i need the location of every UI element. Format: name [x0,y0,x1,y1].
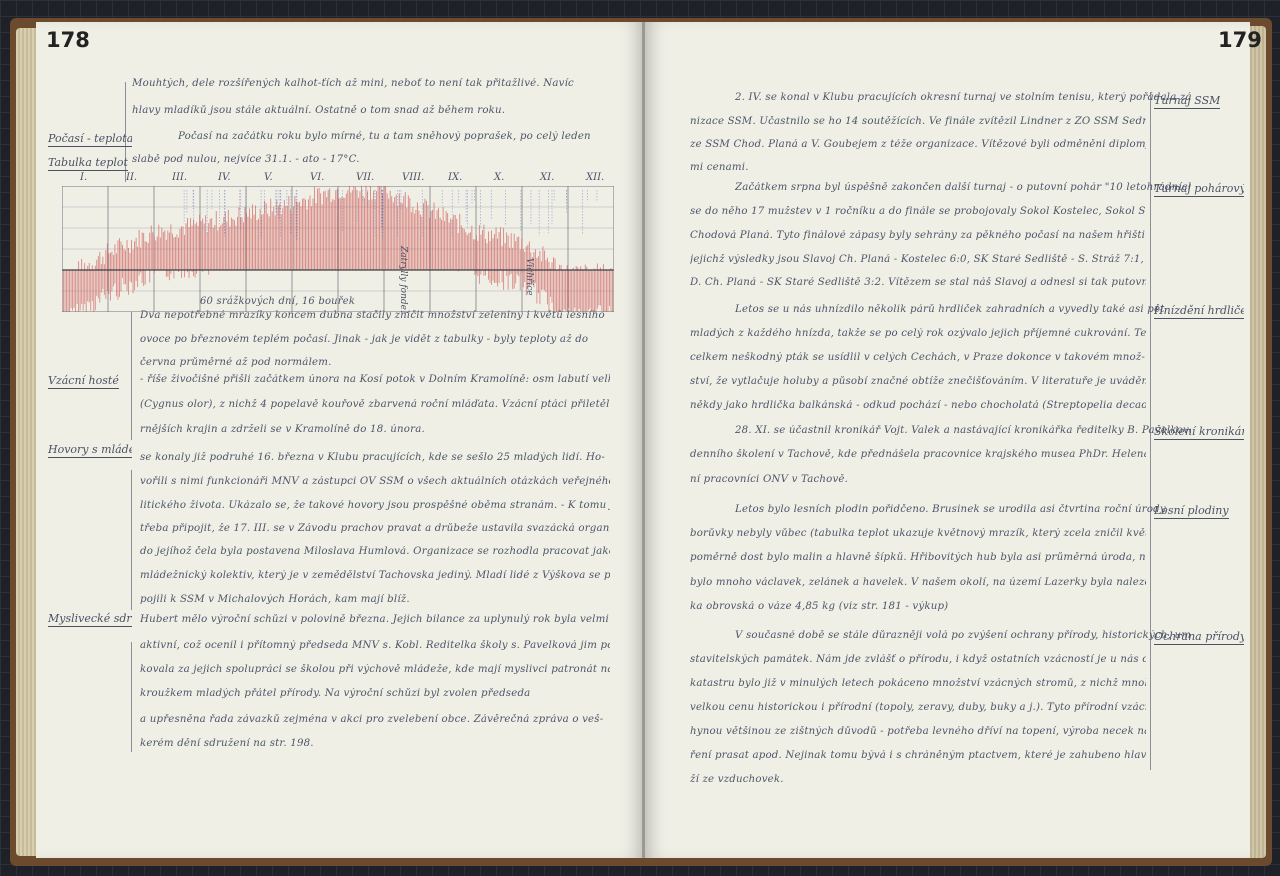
text-line: D. Ch. Planá - SK Staré Sedliště 3:2. Ví… [690,277,1146,288]
margin-rule [131,312,132,440]
text-line: hynou většinou ze zištných důvodů - potř… [690,726,1146,737]
text-line: jejichž výsledky jsou Slavoj Ch. Planá -… [690,254,1146,265]
text-line: ží ze vzduchovek. [690,774,784,785]
text-line: kovala za jejich spolupráci se školou př… [140,664,610,675]
side-note: Turnaj pohárový [1154,182,1244,197]
text-line: ka obrovská o váze 4,85 kg (viz str. 181… [690,601,948,612]
text-line: celkem neškodný pták se usídlil v celých… [690,352,1145,363]
text-line: vořili s nimi funkcionáři MNV a zástupci… [140,476,610,487]
text-line: Hubert mělo výroční schůzi v polovině bř… [140,614,609,625]
month-label: V. [264,172,273,183]
side-note: Školení kronikářů [1154,425,1244,440]
side-note: Tabulka teplot [48,156,128,171]
text-line: slabě pod nulou, nejvíce 31.1. - ato - 1… [132,154,360,165]
text-line: Mouhtých, dele rozšířených kalhot-ťích a… [132,78,574,89]
text-line: Chodová Planá. Tyto finálové zápasy byly… [690,230,1146,241]
text-line: hlavy mladíků jsou stále aktuální. Ostat… [132,105,505,116]
margin-rule [131,470,132,610]
side-note: Ochrana přírody [1154,630,1244,645]
side-note: Lesní plodiny [1154,504,1229,519]
side-note: Počasí - teplota [48,132,132,147]
month-label: IX. [448,172,462,183]
text-line: kerém dění sdružení na str. 198. [140,738,314,749]
margin-rule [131,642,132,752]
left-page [36,22,643,858]
month-label: XII. [586,172,604,183]
text-line: nizace SSM. Účastnilo se ho 14 soutěžící… [690,116,1146,127]
text-line: ní pracovníci ONV v Tachově. [690,474,848,485]
text-line: se konaly již podruhé 16. března v Klubu… [140,452,605,463]
month-label: X. [494,172,504,183]
page-number-right: 179 [1218,28,1262,52]
month-label: I. [80,172,87,183]
text-line: 2. IV. se konal v Klubu pracujících okre… [735,92,1191,103]
side-note: Myslivecké sdružení [48,612,132,627]
text-line: se do něho 17 mužstev v 1 ročníku a do f… [690,206,1146,217]
text-line: borůvky nebyly vůbec (tabulka teplot uka… [690,528,1146,539]
month-label: VIII. [402,172,424,183]
month-label: II. [126,172,137,183]
text-line: poměrně dost bylo malin a hlavně šípků. … [690,552,1146,563]
text-line: - říše živočišné přišli začátkem února n… [140,374,610,385]
text-line: Letos se u nás uhnízdilo několik párů hr… [735,304,1165,315]
text-line: Letos bylo lesních plodin pořidčeno. Bru… [735,504,1168,515]
text-line: do jejíhož čela byla postavena Miloslava… [140,546,610,557]
text-line: litického života. Ukázalo se, že takové … [140,500,610,511]
text-line: Začátkem srpna byl úspěšně zakončen dalš… [735,182,1191,193]
month-label: VII. [356,172,374,183]
month-label: IV. [218,172,231,183]
page-number-left: 178 [46,28,90,52]
text-line: někdy jako hrdlička balkánská - odkud po… [690,400,1146,411]
text-line: (Cygnus olor), z nichž 4 popelavě kouřov… [140,399,610,410]
text-line: ze SSM Chod. Planá a V. Goubejem z téže … [690,139,1146,150]
text-line: mladých z každého hnízda, takže se po ce… [690,328,1146,339]
text-line: bylo mnoho václavek, zelánek a havelek. … [690,577,1146,588]
side-note: Hovory s mládeží [48,443,132,458]
text-line: ovoce po březnovém teplém počasí. Jinak … [140,334,588,345]
text-line: mládežnický kolektiv, který je v zeměděl… [140,570,610,581]
chart-caption: 60 srážkových dní, 16 bouřek [200,296,355,307]
chart-annotation-november: Vichřice [524,258,534,296]
text-line: ření prasat apod. Nejinak tomu bývá i s … [690,750,1146,761]
text-line: denního školení v Tachově, kde přednášel… [690,449,1146,460]
text-line: června průměrné až pod normálem. [140,357,332,368]
month-label: XI. [540,172,554,183]
text-line: a upřesněna řada závazků zejména v akci … [140,714,603,725]
month-label: III. [172,172,187,183]
text-line: stavitelských památek. Nám jde zvlášť o … [690,654,1146,665]
text-line: ství, že vytlačuje holuby a působí značn… [690,376,1146,387]
text-line: kroužkem mladých přátel přírody. Na výro… [140,688,530,699]
chart-annotation-august: Zatrylly fonde! [398,246,408,314]
side-note: Vzácní hosté [48,374,119,389]
text-line: velkou cenu historickou i přírodní (topo… [690,702,1146,713]
text-line: V současné době se stále důrazněji volá … [735,630,1191,641]
text-line: aktivní, což ocenil i přítomný předseda … [140,640,610,651]
side-note: Hnízdění hrdliček [1154,304,1244,319]
text-line: rnějších krajin a zdrželi se v Kramolíně… [140,424,425,435]
text-line: třeba připojit, že 17. III. se v Závodu … [140,523,610,534]
text-line: 28. XI. se účastnil kronikář Vojt. Valek… [735,425,1191,436]
text-line: pojili k SSM v Michalových Horách, kam m… [140,594,410,605]
month-label: VI. [310,172,324,183]
text-line: mi cenami. [690,162,749,173]
text-line: katastru bylo již v minulých letech poká… [690,678,1146,689]
text-line: Počasí na začátku roku bylo mírné, tu a … [178,131,591,142]
side-note: Turnaj SSM [1154,94,1220,109]
